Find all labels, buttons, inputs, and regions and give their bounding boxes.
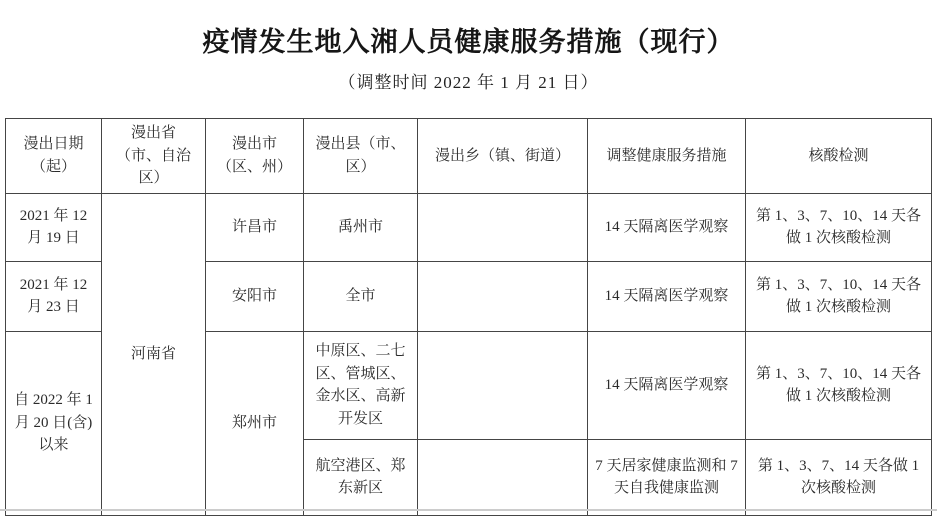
cell-city: 郑州市 [206,331,304,515]
header-exit-county: 漫出县（市、区） [304,119,418,194]
cell-county: 全市 [304,261,418,331]
cell-township [418,261,588,331]
document-page: 疫情发生地入湘人员健康服务措施（现行） （调整时间 2022 年 1 月 21 … [0,0,937,524]
cell-test: 第 1、3、7、10、14 天各做 1 次核酸检测 [746,193,932,261]
cell-township [418,439,588,515]
bottom-divider [0,509,937,511]
header-nucleic-test: 核酸检测 [746,119,932,194]
table-header-row: 漫出日期（起） 漫出省（市、自治区） 漫出市（区、州） 漫出县（市、区） 漫出乡… [6,119,932,194]
cell-county: 中原区、二七区、管城区、金水区、高新开发区 [304,331,418,439]
page-title: 疫情发生地入湘人员健康服务措施（现行） [0,0,937,59]
header-exit-city: 漫出市（区、州） [206,119,304,194]
header-exit-province: 漫出省（市、自治区） [102,119,206,194]
cell-city: 许昌市 [206,193,304,261]
cell-test: 第 1、3、7、10、14 天各做 1 次核酸检测 [746,331,932,439]
cell-measure: 14 天隔离医学观察 [588,261,746,331]
cell-date: 2021 年 12 月 19 日 [6,193,102,261]
table-row: 2021 年 12 月 19 日 河南省 许昌市 禹州市 14 天隔离医学观察 … [6,193,932,261]
cell-measure: 7 天居家健康监测和 7 天自我健康监测 [588,439,746,515]
cell-test: 第 1、3、7、10、14 天各做 1 次核酸检测 [746,261,932,331]
header-measures: 调整健康服务措施 [588,119,746,194]
cell-county: 禹州市 [304,193,418,261]
cell-measure: 14 天隔离医学观察 [588,331,746,439]
cell-province: 河南省 [102,193,206,515]
cell-date: 自 2022 年 1 月 20 日(含) 以来 [6,331,102,515]
cell-date: 2021 年 12 月 23 日 [6,261,102,331]
cell-county: 航空港区、郑东新区 [304,439,418,515]
cell-township [418,193,588,261]
health-measures-table: 漫出日期（起） 漫出省（市、自治区） 漫出市（区、州） 漫出县（市、区） 漫出乡… [5,118,932,516]
page-subtitle: （调整时间 2022 年 1 月 21 日） [0,68,937,93]
cell-city: 安阳市 [206,261,304,331]
cell-measure: 14 天隔离医学观察 [588,193,746,261]
cell-township [418,331,588,439]
header-exit-date: 漫出日期（起） [6,119,102,194]
cell-test: 第 1、3、7、14 天各做 1 次核酸检测 [746,439,932,515]
header-exit-township: 漫出乡（镇、街道） [418,119,588,194]
